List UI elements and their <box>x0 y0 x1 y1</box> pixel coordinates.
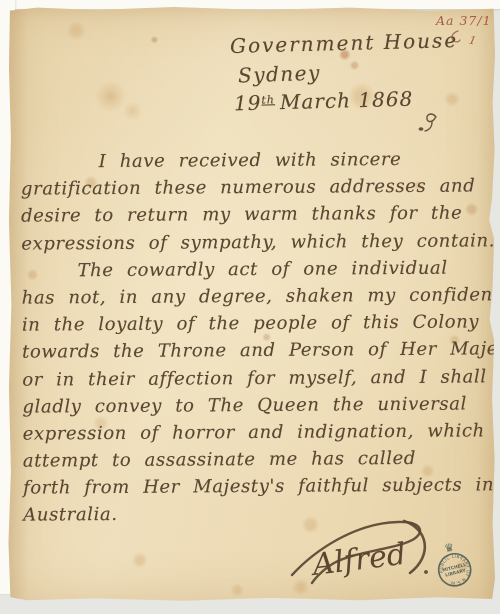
manuscript-line: in the loyalty of the people of this Col… <box>22 309 484 339</box>
manuscript-line: attempt to assassinate me has called <box>23 444 485 474</box>
manuscript-line: I have received with sincere <box>21 145 483 175</box>
scan-backdrop: Aa 37/1 1 Government House Sydney 19thMa… <box>0 0 500 614</box>
signature-alfred: Alfred <box>286 515 436 593</box>
archival-reference-mark: Aa 37/1 <box>436 13 492 28</box>
manuscript-line: expression of horror and indignation, wh… <box>23 417 485 447</box>
letter-body: I have received with sincere gratificati… <box>21 145 486 529</box>
date-month-year: March 1868 <box>280 87 414 114</box>
archival-secondary-mark: 1 <box>468 33 478 47</box>
letter-page: Aa 37/1 1 Government House Sydney 19thMa… <box>8 7 496 602</box>
date-ordinal: th <box>261 93 275 106</box>
manuscript-line: towards the Throne and Person of Her Maj… <box>22 336 484 366</box>
manuscript-line: forth from Her Majesty's faithful subjec… <box>23 472 485 502</box>
manuscript-line: has not, in any degree, shaken my confid… <box>22 281 484 311</box>
manuscript-line: gladly convey to The Queen the universal <box>22 390 484 420</box>
letter-city: Sydney <box>238 61 322 88</box>
signature-name: Alfred <box>308 537 408 584</box>
ink-paraph-flourish-icon <box>414 109 444 137</box>
manuscript-line: gratification these numerous addresses a… <box>21 173 483 203</box>
manuscript-line: or in their affection for myself, and I … <box>22 363 484 393</box>
manuscript-line: desire to return my warm thanks for the <box>21 200 483 230</box>
manuscript-line: The cowardly act of one individual <box>21 254 483 284</box>
letter-date: 19thMarch 1868 <box>234 87 414 116</box>
backing-sheet-top-edge <box>0 0 500 9</box>
manuscript-line: expressions of sympathy, which they cont… <box>21 227 483 257</box>
date-day: 19 <box>234 91 262 116</box>
letter-place: Government House <box>230 28 459 58</box>
